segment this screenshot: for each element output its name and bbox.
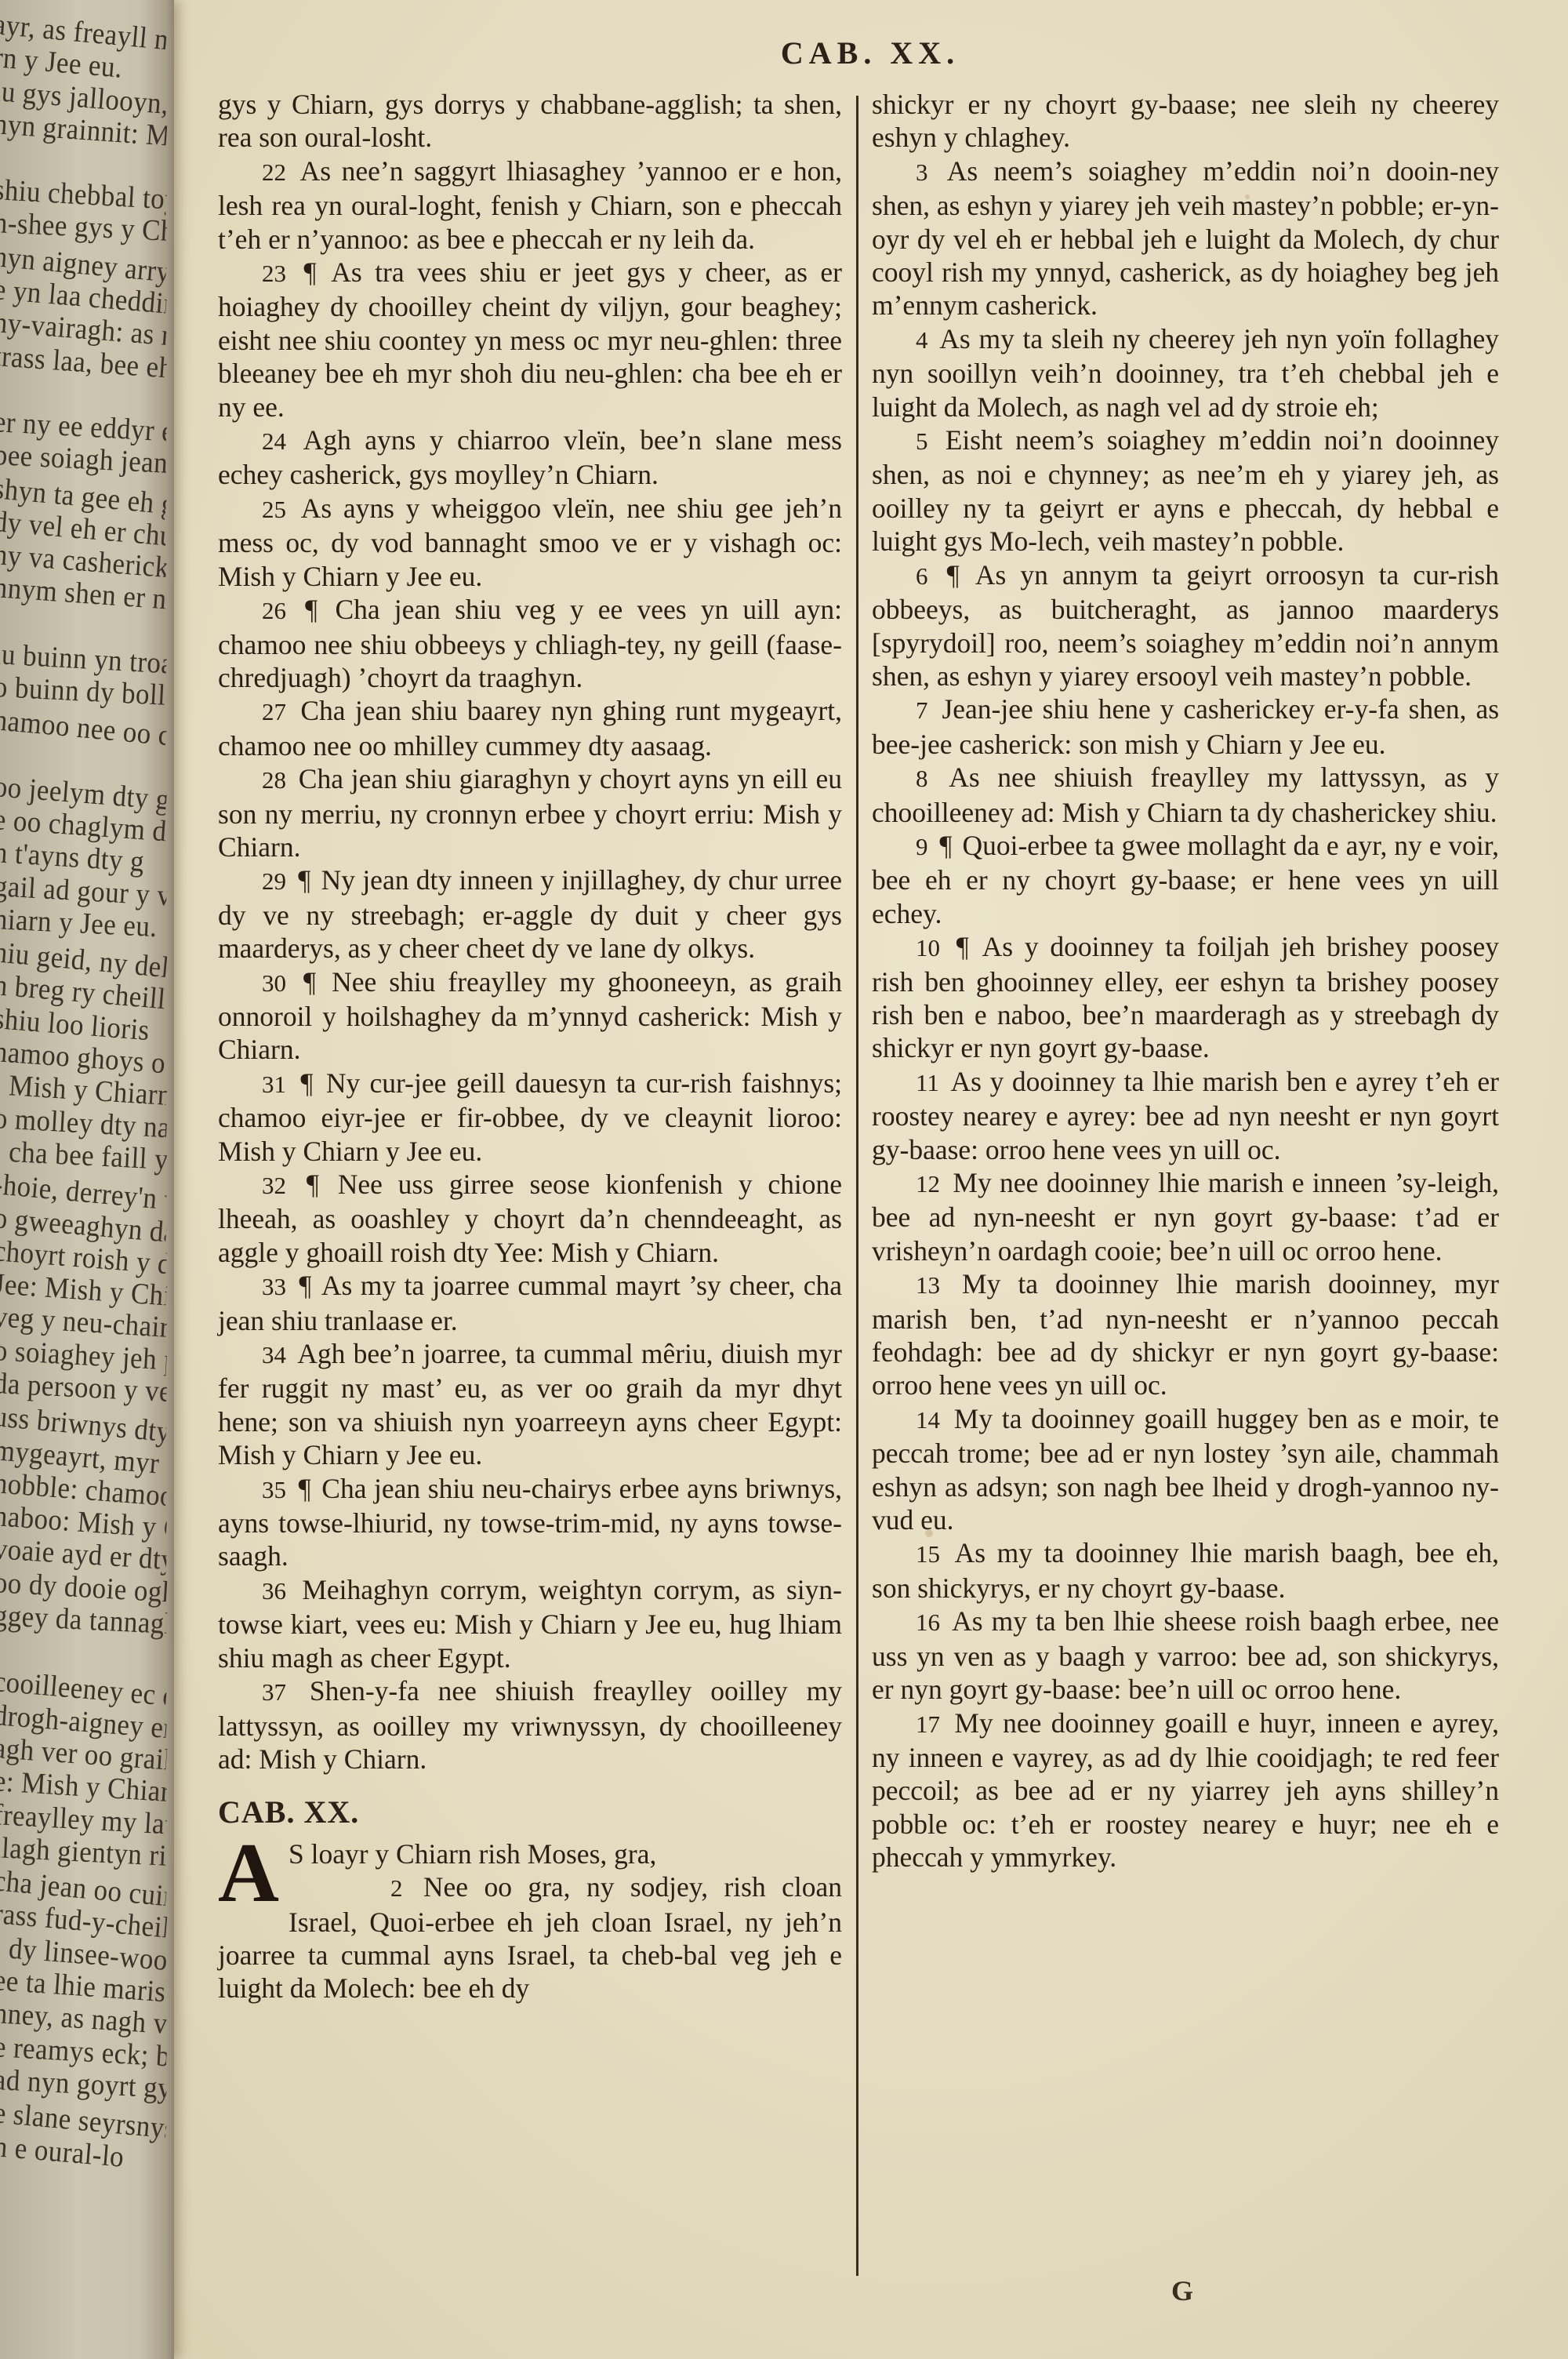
- verse-number: 23: [262, 260, 286, 287]
- verse-number: 25: [262, 496, 286, 523]
- facing-page-edge: ayr, as freayll myrn y Jee eu.iu gys jal…: [0, 0, 174, 2359]
- verse-number: 9: [916, 833, 928, 860]
- verse-number: 4: [916, 326, 928, 354]
- pilcrow-mark: ¶: [307, 1169, 319, 1200]
- verse: 4 As my ta sleih ny cheerey jeh nyn yoïn…: [872, 322, 1499, 423]
- verse: 29 ¶ Ny jean dty inneen y injillaghey, d…: [218, 863, 842, 965]
- verse-number: 35: [262, 1476, 286, 1503]
- pilcrow-mark: ¶: [298, 864, 310, 896]
- verse-text: As nee shiuish freaylley my lattyssyn, a…: [872, 761, 1499, 827]
- verse: 3 As neem’s soiaghey m’eddin noi’n dooin…: [872, 154, 1499, 322]
- verse-text: Cha jean shiu neu-chairys erbee ayns bri…: [218, 1473, 842, 1572]
- verse-text: My nee dooinney lhie marish e inneen ’sy…: [872, 1167, 1499, 1267]
- verse-text: As neem’s soiaghey m’eddin noi’n dooin-n…: [872, 155, 1499, 322]
- facing-page-text: ayr, as freayll myrn y Jee eu.iu gys jal…: [0, 8, 174, 2163]
- verse-text: Ny jean dty inneen y injillaghey, dy chu…: [218, 864, 842, 964]
- verse-number: 27: [262, 698, 286, 725]
- verse: 8 As nee shiuish freaylley my lattyssyn,…: [872, 761, 1499, 829]
- verse-text: shickyr er ny choyrt gy-baase; nee sleih…: [872, 89, 1499, 153]
- verse-text: Shen-y-fa nee shiuish freaylley ooilley …: [218, 1675, 842, 1775]
- verse: 14 My ta dooinney goaill huggey ben as e…: [872, 1402, 1499, 1537]
- verse: shickyr er ny choyrt gy-baase; nee sleih…: [872, 88, 1499, 154]
- pilcrow-mark: ¶: [939, 830, 952, 861]
- column-divider-rule: [856, 96, 858, 2276]
- pilcrow-mark: ¶: [300, 1067, 313, 1099]
- verse-number: 7: [916, 696, 928, 724]
- verse-text: gys y Chiarn, gys dorrys y chabbane-aggl…: [218, 89, 842, 153]
- verse-number: 36: [262, 1577, 286, 1605]
- verse: gys y Chiarn, gys dorrys y chabbane-aggl…: [218, 88, 842, 154]
- verse-number: 5: [916, 427, 928, 455]
- verse-number: 22: [262, 158, 286, 186]
- verse-text: As y dooinney ta lhie marish ben e ayrey…: [872, 1066, 1499, 1165]
- verse-text: As my ta ben lhie sheese roish baagh erb…: [872, 1605, 1499, 1705]
- verse-number: 15: [916, 1540, 940, 1568]
- verse: 37 Shen-y-fa nee shiuish freaylley ooill…: [218, 1674, 842, 1776]
- verse-number: 33: [262, 1273, 286, 1300]
- pilcrow-mark: ¶: [956, 931, 969, 962]
- verse-number: 34: [262, 1341, 286, 1369]
- verse-text: Nee oo gra, ny sodjey, rish cloan Israel…: [218, 1871, 842, 2004]
- verse-text: As yn annym ta geiyrt orroosyn ta cur-ri…: [872, 559, 1499, 692]
- verse-number: 31: [262, 1070, 286, 1098]
- left-text-column: gys y Chiarn, gys dorrys y chabbane-aggl…: [218, 88, 842, 2005]
- verse-text: Cha jean shiu baarey nyn ghing runt myge…: [218, 695, 842, 761]
- verse-text: Eisht neem’s soiaghey m’eddin noi’n dooi…: [872, 424, 1499, 557]
- pilcrow-mark: ¶: [299, 1473, 311, 1504]
- pilcrow-mark: ¶: [299, 1270, 311, 1301]
- right-text-column: shickyr er ny choyrt gy-baase; nee sleih…: [872, 88, 1499, 1874]
- verse: 11 As y dooinney ta lhie marish ben e ay…: [872, 1065, 1499, 1166]
- pilcrow-mark: ¶: [304, 256, 317, 288]
- verse: 26 ¶ Cha jean shiu veg y ee vees yn uill…: [218, 593, 842, 694]
- verse-number: 24: [262, 427, 286, 455]
- book-page: ayr, as freayll myrn y Jee eu.iu gys jal…: [0, 0, 1568, 2359]
- verse-text: Jean-jee shiu hene y casherickey er-y-fa…: [872, 693, 1499, 759]
- verse-text: Meihaghyn corrym, weightyn corrym, as si…: [218, 1574, 842, 1674]
- verse-number: 8: [916, 765, 928, 792]
- verse-number: 14: [916, 1406, 940, 1434]
- verse-number: 17: [916, 1710, 940, 1738]
- verse-text: As my ta dooinney lhie marish baagh, bee…: [872, 1537, 1499, 1603]
- verse: 23 ¶ As tra vees shiu er jeet gys y chee…: [218, 256, 842, 423]
- verse-number: 37: [262, 1678, 286, 1706]
- verse-text: Quoi-erbee ta gwee mollaght da e ayr, ny…: [872, 830, 1499, 929]
- verse: 17 My nee dooinney goaill e huyr, inneen…: [872, 1707, 1499, 1874]
- verse-text: My ta dooinney goaill huggey ben as e mo…: [872, 1403, 1499, 1536]
- verse-number: 28: [262, 766, 286, 794]
- chapter-heading: CAB. XX.: [218, 1796, 842, 1829]
- verse-text: My nee dooinney goaill e huyr, inneen e …: [872, 1707, 1499, 1874]
- verse-number: 6: [916, 562, 928, 590]
- chapter-verses: 2 Nee oo gra, ny sodjey, rish cloan Isra…: [218, 1870, 842, 2005]
- verse: 24 Agh ayns y chiarroo vleïn, bee’n slan…: [218, 423, 842, 492]
- verse: 36 Meihaghyn corrym, weightyn corrym, as…: [218, 1573, 842, 1674]
- verse-text: As my ta sleih ny cheerey jeh nyn yoïn f…: [872, 323, 1499, 423]
- verse: 30 ¶ Nee shiu freaylley my ghooneeyn, as…: [218, 965, 842, 1067]
- verse: 7 Jean-jee shiu hene y casherickey er-y-…: [872, 692, 1499, 761]
- verse-number: 10: [916, 934, 940, 961]
- verse-number: 16: [916, 1608, 940, 1636]
- verse: 12 My nee dooinney lhie marish e inneen …: [872, 1166, 1499, 1267]
- verse-number: 12: [916, 1170, 940, 1198]
- verse-number: 32: [262, 1172, 286, 1199]
- opening-text: S loayr y Chiarn rish Moses, gra,: [289, 1838, 656, 1870]
- running-head: CAB. XX.: [760, 35, 980, 71]
- pilcrow-mark: ¶: [305, 594, 318, 625]
- verse: 25 As ayns y wheiggoo vleïn, nee shiu ge…: [218, 492, 842, 593]
- verse: 33 ¶ As my ta joarree cummal mayrt ’sy c…: [218, 1269, 842, 1337]
- verse-text: My ta dooinney lhie marish dooinney, myr…: [872, 1268, 1499, 1401]
- verse: 2 Nee oo gra, ny sodjey, rish cloan Isra…: [218, 1870, 842, 2005]
- verse: 13 My ta dooinney lhie marish dooinney, …: [872, 1267, 1499, 1402]
- verse-text: As nee’n saggyrt lhiasaghey ’yannoo er e…: [218, 155, 842, 255]
- verse: 22 As nee’n saggyrt lhiasaghey ’yannoo e…: [218, 154, 842, 256]
- verse: 34 Agh bee’n joarree, ta cummal mêriu, d…: [218, 1337, 842, 1472]
- verse-text: Agh ayns y chiarroo vleïn, bee’n slane m…: [218, 424, 842, 490]
- verse: 16 As my ta ben lhie sheese roish baagh …: [872, 1605, 1499, 1706]
- verse: 35 ¶ Cha jean shiu neu-chairys erbee ayn…: [218, 1472, 842, 1573]
- verse-number: 30: [262, 969, 286, 997]
- verse-number: 3: [916, 158, 928, 186]
- drop-cap: A: [218, 1841, 279, 1906]
- verse-number: 29: [262, 867, 286, 895]
- verse-number: 13: [916, 1271, 940, 1299]
- verse: 10 ¶ As y dooinney ta foiljah jeh brishe…: [872, 930, 1499, 1065]
- verse: 27 Cha jean shiu baarey nyn ghing runt m…: [218, 694, 842, 762]
- verse: 5 Eisht neem’s soiaghey m’eddin noi’n do…: [872, 423, 1499, 558]
- chapter-opening: AS loayr y Chiarn rish Moses, gra,: [218, 1837, 842, 1870]
- verse: 28 Cha jean shiu giaraghyn y choyrt ayns…: [218, 762, 842, 863]
- signature-mark: G: [1171, 2274, 1193, 2307]
- verse-text: Cha jean shiu giaraghyn y choyrt ayns yn…: [218, 763, 842, 863]
- verse: 15 As my ta dooinney lhie marish baagh, …: [872, 1536, 1499, 1605]
- verse-text: As ayns y wheiggoo vleïn, nee shiu gee j…: [218, 493, 842, 592]
- verse: 9 ¶ Quoi-erbee ta gwee mollaght da e ayr…: [872, 829, 1499, 930]
- pilcrow-mark: ¶: [947, 559, 960, 591]
- pilcrow-mark: ¶: [303, 966, 316, 998]
- verse-number: 11: [916, 1069, 939, 1096]
- verse-text: As my ta joarree cummal mayrt ’sy cheer,…: [218, 1270, 842, 1336]
- verse: 32 ¶ Nee uss girree seose kionfenish y c…: [218, 1168, 842, 1269]
- verse-text: Agh bee’n joarree, ta cummal mêriu, diui…: [218, 1338, 842, 1470]
- verse: 6 ¶ As yn annym ta geiyrt orroosyn ta cu…: [872, 558, 1499, 693]
- verse: 31 ¶ Ny cur-jee geill dauesyn ta cur-ris…: [218, 1067, 842, 1168]
- verse-number: 26: [262, 597, 286, 624]
- verse-number: 2: [390, 1874, 403, 1902]
